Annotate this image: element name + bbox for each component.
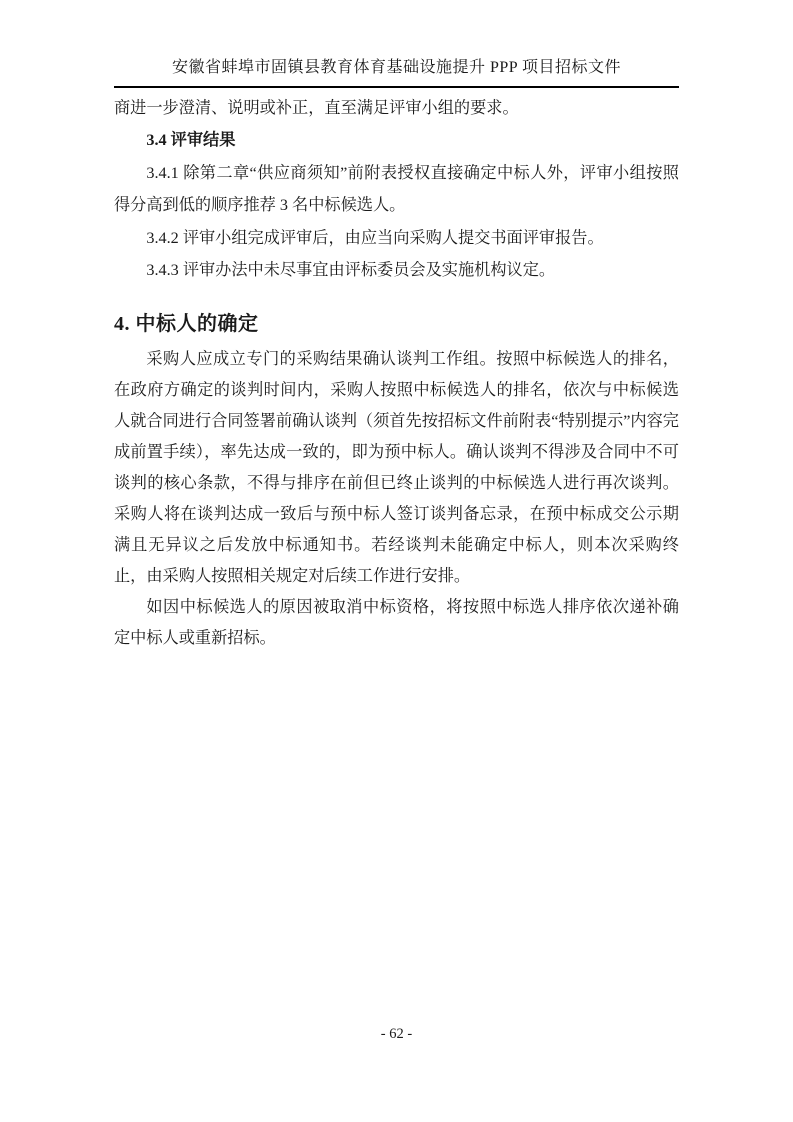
clause-3-4-1: 3.4.1 除第二章“供应商须知”前附表授权直接确定中标人外，评审小组按照得分高… [114,157,679,222]
document-body: 商进一步澄清、说明或补正，直至满足评审小组的要求。 3.4 评审结果 3.4.1… [114,92,679,654]
section-3-4-heading: 3.4 评审结果 [114,124,679,156]
clause-3-4-2: 3.4.2 评审小组完成评审后，由应当向采购人提交书面评审报告。 [114,222,679,254]
document-page: 安徽省蚌埠市固镇县教育体育基础设施提升 PPP 项目招标文件 商进一步澄清、说明… [0,0,793,1122]
clause-3-4-3: 3.4.3 评审办法中未尽事宜由评标委员会及实施机构议定。 [114,254,679,286]
section-4-paragraph-2: 如因中标候选人的原因被取消中标资格，将按照中标选人排序依次递补确定中标人或重新招… [114,592,679,654]
page-content: 安徽省蚌埠市固镇县教育体育基础设施提升 PPP 项目招标文件 商进一步澄清、说明… [114,0,679,654]
page-number: - 62 - [381,1026,412,1042]
paragraph-continuation: 商进一步澄清、说明或补正，直至满足评审小组的要求。 [114,92,679,124]
header-rule [114,86,679,88]
header-title: 安徽省蚌埠市固镇县教育体育基础设施提升 PPP 项目招标文件 [114,57,679,79]
section-4-body: 采购人应成立专门的采购结果确认谈判工作组。按照中标候选人的排名，在政府方确定的谈… [114,344,679,654]
section-4-heading: 4. 中标人的确定 [114,310,679,338]
section-4-paragraph-1: 采购人应成立专门的采购结果确认谈判工作组。按照中标候选人的排名，在政府方确定的谈… [114,344,679,592]
page-footer: - 62 - [0,1024,793,1044]
page-header: 安徽省蚌埠市固镇县教育体育基础设施提升 PPP 项目招标文件 [114,57,679,88]
